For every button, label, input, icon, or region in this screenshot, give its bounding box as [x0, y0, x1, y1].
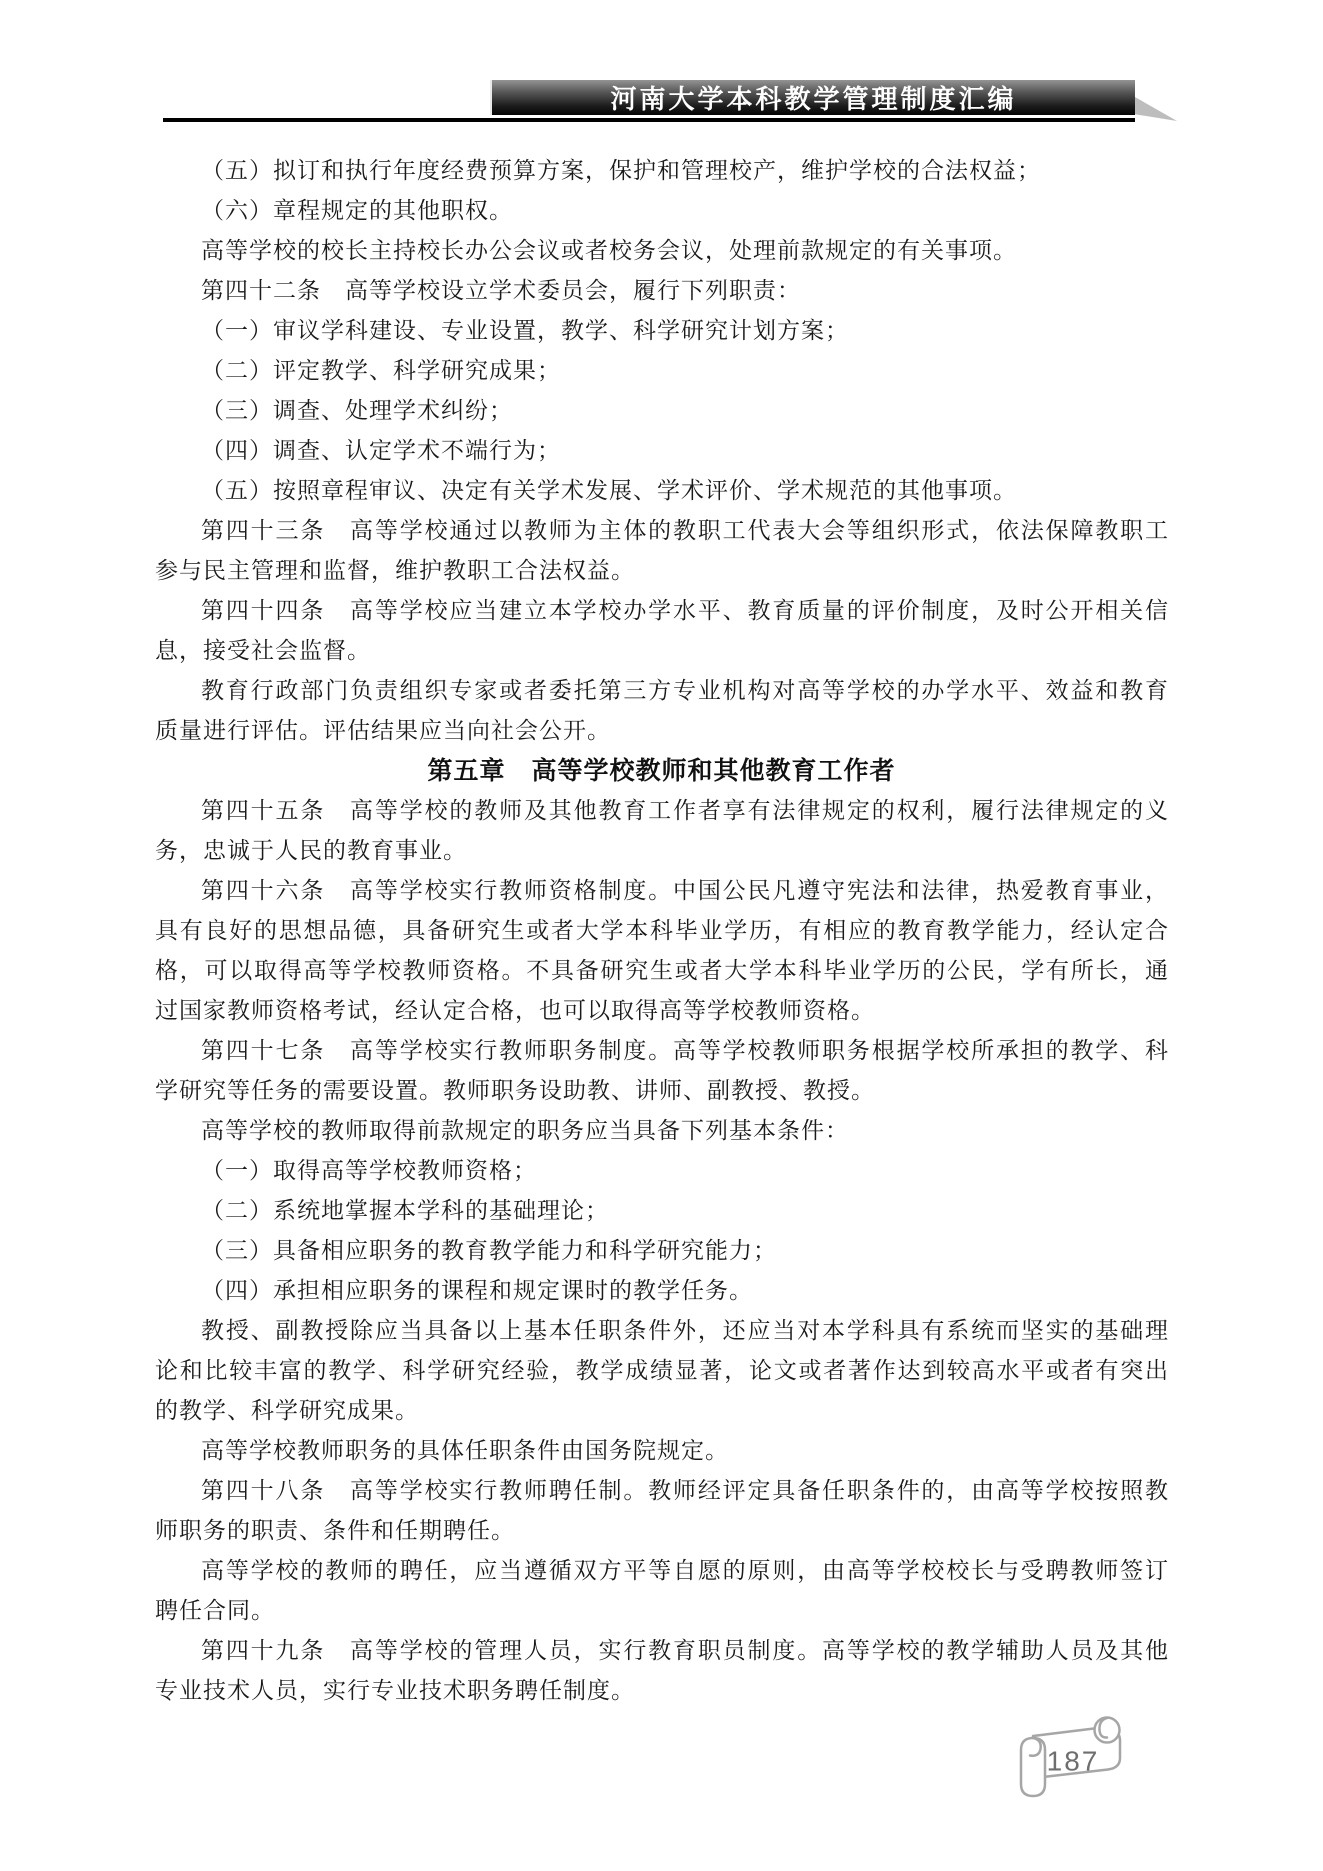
text-line: （一）审议学科建设、专业设置，教学、科学研究计划方案； — [155, 311, 1168, 351]
text-line: 第四十三条 高等学校通过以教师为主体的教职工代表大会等组织形式，依法保障教职工 — [155, 511, 1168, 551]
text-line: （三）调查、处理学术纠纷； — [155, 391, 1168, 431]
text-line: 息，接受社会监督。 — [155, 631, 1168, 671]
text-line: （五）按照章程审议、决定有关学术发展、学术评价、学术规范的其他事项。 — [155, 471, 1168, 511]
text-line: 第四十五条 高等学校的教师及其他教育工作者享有法律规定的权利，履行法律规定的义 — [155, 791, 1168, 831]
chapter-heading: 第五章 高等学校教师和其他教育工作者 — [155, 751, 1168, 791]
text-line: 过国家教师资格考试，经认定合格，也可以取得高等学校教师资格。 — [155, 991, 1168, 1031]
text-line: 高等学校教师职务的具体任职条件由国务院规定。 — [155, 1431, 1168, 1471]
text-line: 教育行政部门负责组织专家或者委托第三方专业机构对高等学校的办学水平、效益和教育 — [155, 671, 1168, 711]
text-line: （三）具备相应职务的教育教学能力和科学研究能力； — [155, 1231, 1168, 1271]
text-line: （六）章程规定的其他职权。 — [155, 191, 1168, 231]
text-line: 第四十七条 高等学校实行教师职务制度。高等学校教师职务根据学校所承担的教学、科 — [155, 1031, 1168, 1071]
page-scroll-icon: 187 — [1003, 1706, 1135, 1810]
text-line: （五）拟订和执行年度经费预算方案，保护和管理校产，维护学校的合法权益； — [155, 151, 1168, 191]
text-line: 参与民主管理和监督，维护教职工合法权益。 — [155, 551, 1168, 591]
text-line: 务，忠诚于人民的教育事业。 — [155, 831, 1168, 871]
text-line: 高等学校的校长主持校长办公会议或者校务会议，处理前款规定的有关事项。 — [155, 231, 1168, 271]
text-line: 第四十九条 高等学校的管理人员，实行教育职员制度。高等学校的教学辅助人员及其他 — [155, 1631, 1168, 1671]
text-line: （四）承担相应职务的课程和规定课时的教学任务。 — [155, 1271, 1168, 1311]
page-number: 187 — [1047, 1745, 1100, 1776]
document-page: 河南大学本科教学管理制度汇编 （五）拟订和执行年度经费预算方案，保护和管理校产，… — [0, 0, 1323, 1871]
header-banner: 河南大学本科教学管理制度汇编 — [490, 80, 1135, 115]
text-line: 教授、副教授除应当具备以上基本任职条件外，还应当对本学科具有系统而坚实的基础理 — [155, 1311, 1168, 1351]
text-line: 具有良好的思想品德，具备研究生或者大学本科毕业学历，有相应的教育教学能力，经认定… — [155, 911, 1168, 951]
text-line: 第四十六条 高等学校实行教师资格制度。中国公民凡遵守宪法和法律，热爱教育事业， — [155, 871, 1168, 911]
header-banner-title: 河南大学本科教学管理制度汇编 — [610, 79, 1016, 116]
text-line: （二）系统地掌握本学科的基础理论； — [155, 1191, 1168, 1231]
banner-tail-icon — [1135, 97, 1177, 121]
text-line: 专业技术人员，实行专业技术职务聘任制度。 — [155, 1671, 1168, 1711]
text-line: 论和比较丰富的教学、科学研究经验，教学成绩显著，论文或者著作达到较高水平或者有突… — [155, 1351, 1168, 1391]
text-line: 质量进行评估。评估结果应当向社会公开。 — [155, 711, 1168, 751]
text-line: （四）调查、认定学术不端行为； — [155, 431, 1168, 471]
text-line: 师职务的职责、条件和任期聘任。 — [155, 1511, 1168, 1551]
text-line: 的教学、科学研究成果。 — [155, 1391, 1168, 1431]
document-body: （五）拟订和执行年度经费预算方案，保护和管理校产，维护学校的合法权益；（六）章程… — [155, 151, 1168, 1711]
text-line: 第四十二条 高等学校设立学术委员会，履行下列职责： — [155, 271, 1168, 311]
text-line: 第四十八条 高等学校实行教师聘任制。教师经评定具备任职条件的，由高等学校按照教 — [155, 1471, 1168, 1511]
text-line: 高等学校的教师的聘任，应当遵循双方平等自愿的原则，由高等学校校长与受聘教师签订 — [155, 1551, 1168, 1591]
text-line: 学研究等任务的需要设置。教师职务设助教、讲师、副教授、教授。 — [155, 1071, 1168, 1111]
text-line: 格，可以取得高等学校教师资格。不具备研究生或者大学本科毕业学历的公民，学有所长，… — [155, 951, 1168, 991]
text-line: （一）取得高等学校教师资格； — [155, 1151, 1168, 1191]
text-line: 高等学校的教师取得前款规定的职务应当具备下列基本条件： — [155, 1111, 1168, 1151]
text-line: （二）评定教学、科学研究成果； — [155, 351, 1168, 391]
text-line: 聘任合同。 — [155, 1591, 1168, 1631]
header-rule — [163, 118, 1135, 122]
text-line: 第四十四条 高等学校应当建立本学校办学水平、教育质量的评价制度，及时公开相关信 — [155, 591, 1168, 631]
